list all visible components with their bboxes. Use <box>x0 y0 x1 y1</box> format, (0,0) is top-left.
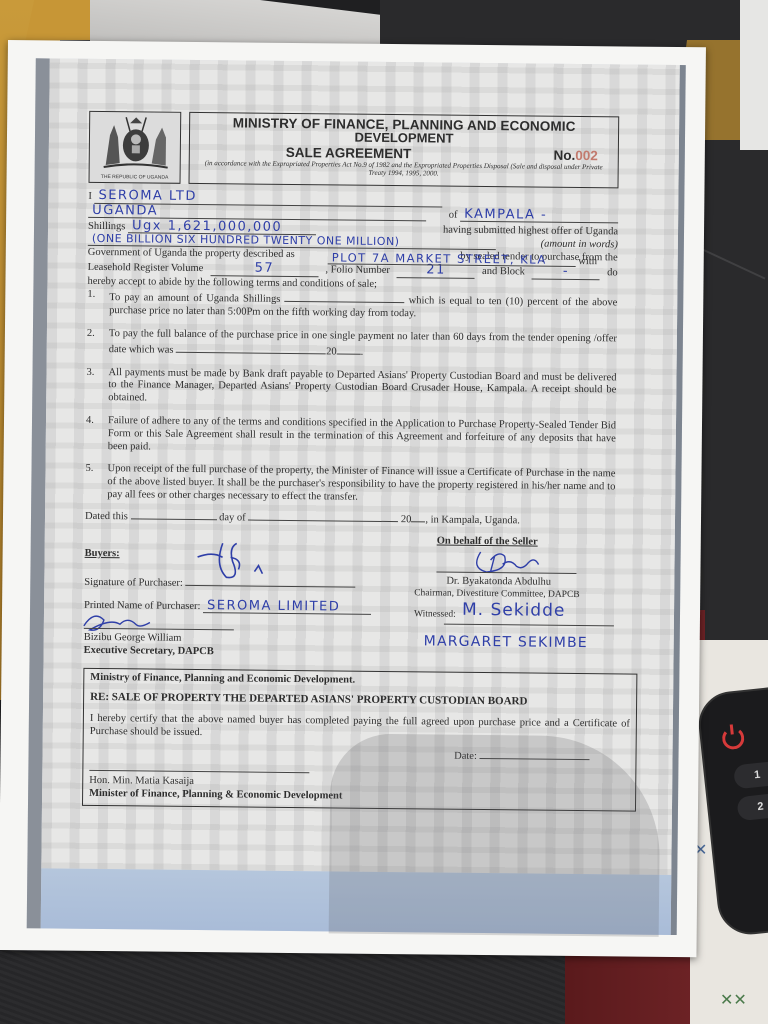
month-field <box>248 509 398 522</box>
power-icon <box>721 726 745 750</box>
executive-secretary-title: Executive Secretary, DAPCB <box>84 644 214 658</box>
year-field <box>411 511 425 522</box>
term-item: 5. Upon receipt of the full purchase of … <box>85 463 615 507</box>
certificate-re-line: RE: SALE OF PROPERTY THE DEPARTED ASIANS… <box>90 691 630 710</box>
buyer-location-field: KAMPALA - <box>460 208 618 224</box>
remote-button-2: 2 <box>736 793 768 822</box>
uganda-coat-of-arms: THE REPUBLIC OF UGANDA <box>89 111 182 184</box>
signature-section: Buyers: Signature of Purchaser: Printed … <box>83 531 614 667</box>
purchaser-signature <box>192 534 273 585</box>
witness-signature: M. Sekidde <box>462 599 566 621</box>
sale-agreement: THE REPUBLIC OF UGANDA MINISTRY OF FINAN… <box>82 111 619 811</box>
executive-secretary-name: Bizibu George William <box>84 631 182 645</box>
hand-shadow <box>329 733 661 936</box>
term-item: 1. To pay an amount of Uganda Shillings … <box>87 289 617 323</box>
printed-sheet: THE REPUBLIC OF UGANDA MINISTRY OF FINAN… <box>0 40 706 957</box>
seller-name: Dr. Byakatonda Abdulhu <box>446 575 551 589</box>
crest-caption: THE REPUBLIC OF UGANDA <box>90 174 180 181</box>
certificate-ministry: Ministry of Finance, Planning and Econom… <box>90 671 630 689</box>
title-box: MINISTRY OF FINANCE, PLANNING AND ECONOM… <box>189 112 620 188</box>
buyers-heading: Buyers: <box>85 547 120 560</box>
remote-button-1: 1 <box>733 761 768 790</box>
offer-date-field <box>176 342 326 355</box>
witness-name: MARGARET SEKIMBE <box>424 633 588 652</box>
agreement-number: No.002 <box>553 148 611 164</box>
cross-stitch-icon: ✕✕ <box>720 990 747 1010</box>
agreement-number-value: 002 <box>575 148 598 163</box>
document-header: THE REPUBLIC OF UGANDA MINISTRY OF FINAN… <box>89 111 620 189</box>
background-white-object <box>740 0 768 150</box>
volume-field: 57 <box>210 261 318 277</box>
day-field <box>130 508 216 520</box>
deposit-amount-field <box>284 291 404 303</box>
term-item: 3. All payments must be made by Bank dra… <box>86 366 616 410</box>
printed-name-field: SEROMA LIMITED <box>203 599 371 615</box>
terms-list: 1. To pay an amount of Uganda Shillings … <box>85 289 617 507</box>
property-description-field: PLOT 7A MARKET STREET, KLA <box>328 251 576 267</box>
intro-section: I SEROMA LTD UGANDA of KAMPALA - Shillin… <box>87 189 618 294</box>
term-item: 4. Failure of adhere to any of the terms… <box>86 415 616 459</box>
coat-of-arms-icon <box>96 115 177 174</box>
dated-line: Dated this day of 20, in Kampala, Uganda… <box>85 508 615 529</box>
term-item: 2. To pay the full balance of the purcha… <box>87 328 617 362</box>
minister-signature-field <box>89 770 309 773</box>
legal-reference: (in accordance with the Expropriated Pro… <box>196 159 612 179</box>
